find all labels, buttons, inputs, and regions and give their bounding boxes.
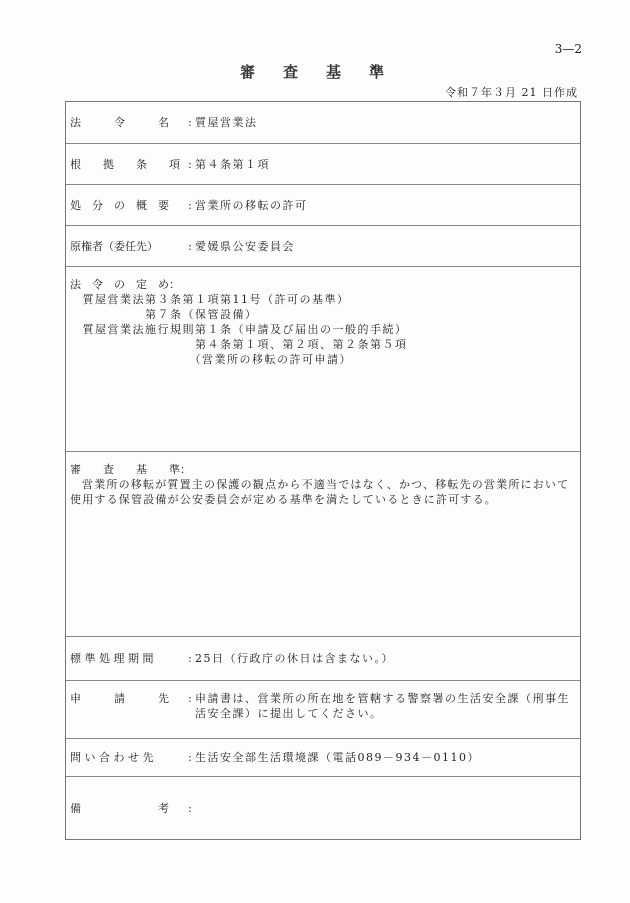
review-criteria-label: 審 査 基 準：	[70, 462, 576, 477]
colon: :	[185, 691, 195, 721]
disposition-summary-value: 営業所の移転の許可	[195, 198, 308, 213]
legal-provision-line: （営業所の移転の許可申請）	[70, 352, 576, 367]
legal-provision-line: 第４条第１項、第２項、第２条第５項	[70, 337, 576, 352]
row-inquiries: 問 い 合 わ せ 先 : 生活安全部生活環境課（電話089－934－0110）	[66, 739, 580, 777]
legal-provision-line: 第７条（保管設備）	[70, 307, 576, 322]
row-application-destination: 申 請 先 : 申請書は、営業所の所在地を管轄する警察署の生活安全課（刑事生活安…	[66, 681, 580, 739]
colon: :	[185, 801, 195, 816]
colon: :	[185, 115, 195, 130]
authority-label: 原権者（委任先）	[66, 239, 185, 254]
row-review-criteria: 審 査 基 準： 営業所の移転が質置主の保護の観点から不適当ではなく、かつ、移転…	[66, 452, 580, 637]
row-remarks: 備 考 :	[66, 777, 580, 839]
legal-provision-line: 質屋営業法第３条第１項第11号（許可の基準）	[70, 292, 576, 307]
basis-article-value: 第４条第１項	[195, 157, 270, 172]
colon: :	[185, 198, 195, 213]
row-law-name: 法 令 名 : 質屋営業法	[66, 102, 580, 144]
colon: :	[185, 239, 195, 254]
row-legal-provisions: 法 令 の 定 め： 質屋営業法第３条第１項第11号（許可の基準） 第７条（保管…	[66, 267, 580, 452]
colon: :	[185, 651, 195, 666]
row-authority: 原権者（委任先） : 愛媛県公安委員会	[66, 226, 580, 267]
application-destination-value: 申請書は、営業所の所在地を管轄する警察署の生活安全課（刑事生活安全課）に提出して…	[195, 691, 580, 721]
disposition-summary-label: 処 分 の 概 要	[66, 198, 185, 213]
legal-provisions-label: 法 令 の 定 め：	[70, 277, 576, 292]
law-name-label: 法 令 名	[66, 115, 185, 130]
law-name-value: 質屋営業法	[195, 115, 258, 130]
inquiries-value: 生活安全部生活環境課（電話089－934－0110）	[195, 750, 480, 765]
processing-period-label: 標 準 処 理 期 間	[66, 651, 185, 666]
criteria-table: 法 令 名 : 質屋営業法 根 拠 条 項 : 第４条第１項 処 分 の 概 要…	[65, 101, 581, 840]
row-basis-article: 根 拠 条 項 : 第４条第１項	[66, 144, 580, 185]
review-criteria-text: 営業所の移転が質置主の保護の観点から不適当ではなく、かつ、移転先の営業所において…	[70, 477, 576, 507]
legal-provision-line: 質屋営業法施行規則第１条（申請及び届出の一般的手続）	[70, 322, 576, 337]
row-standard-processing-period: 標 準 処 理 期 間 : 25日（行政庁の休日は含まない。）	[66, 637, 580, 681]
row-disposition-summary: 処 分 の 概 要 : 営業所の移転の許可	[66, 185, 580, 226]
colon: :	[185, 750, 195, 765]
application-destination-label: 申 請 先	[66, 691, 185, 721]
processing-period-value: 25日（行政庁の休日は含まない。）	[195, 651, 394, 666]
page-number: 3—2	[555, 42, 582, 56]
document-title: 審査基準	[240, 61, 412, 82]
colon: :	[185, 157, 195, 172]
remarks-label: 備 考	[66, 801, 185, 816]
created-date: 令和７年３月 21 日作成	[445, 84, 578, 100]
authority-value: 愛媛県公安委員会	[195, 239, 295, 254]
inquiries-label: 問 い 合 わ せ 先	[66, 750, 185, 765]
basis-article-label: 根 拠 条 項	[66, 157, 185, 172]
